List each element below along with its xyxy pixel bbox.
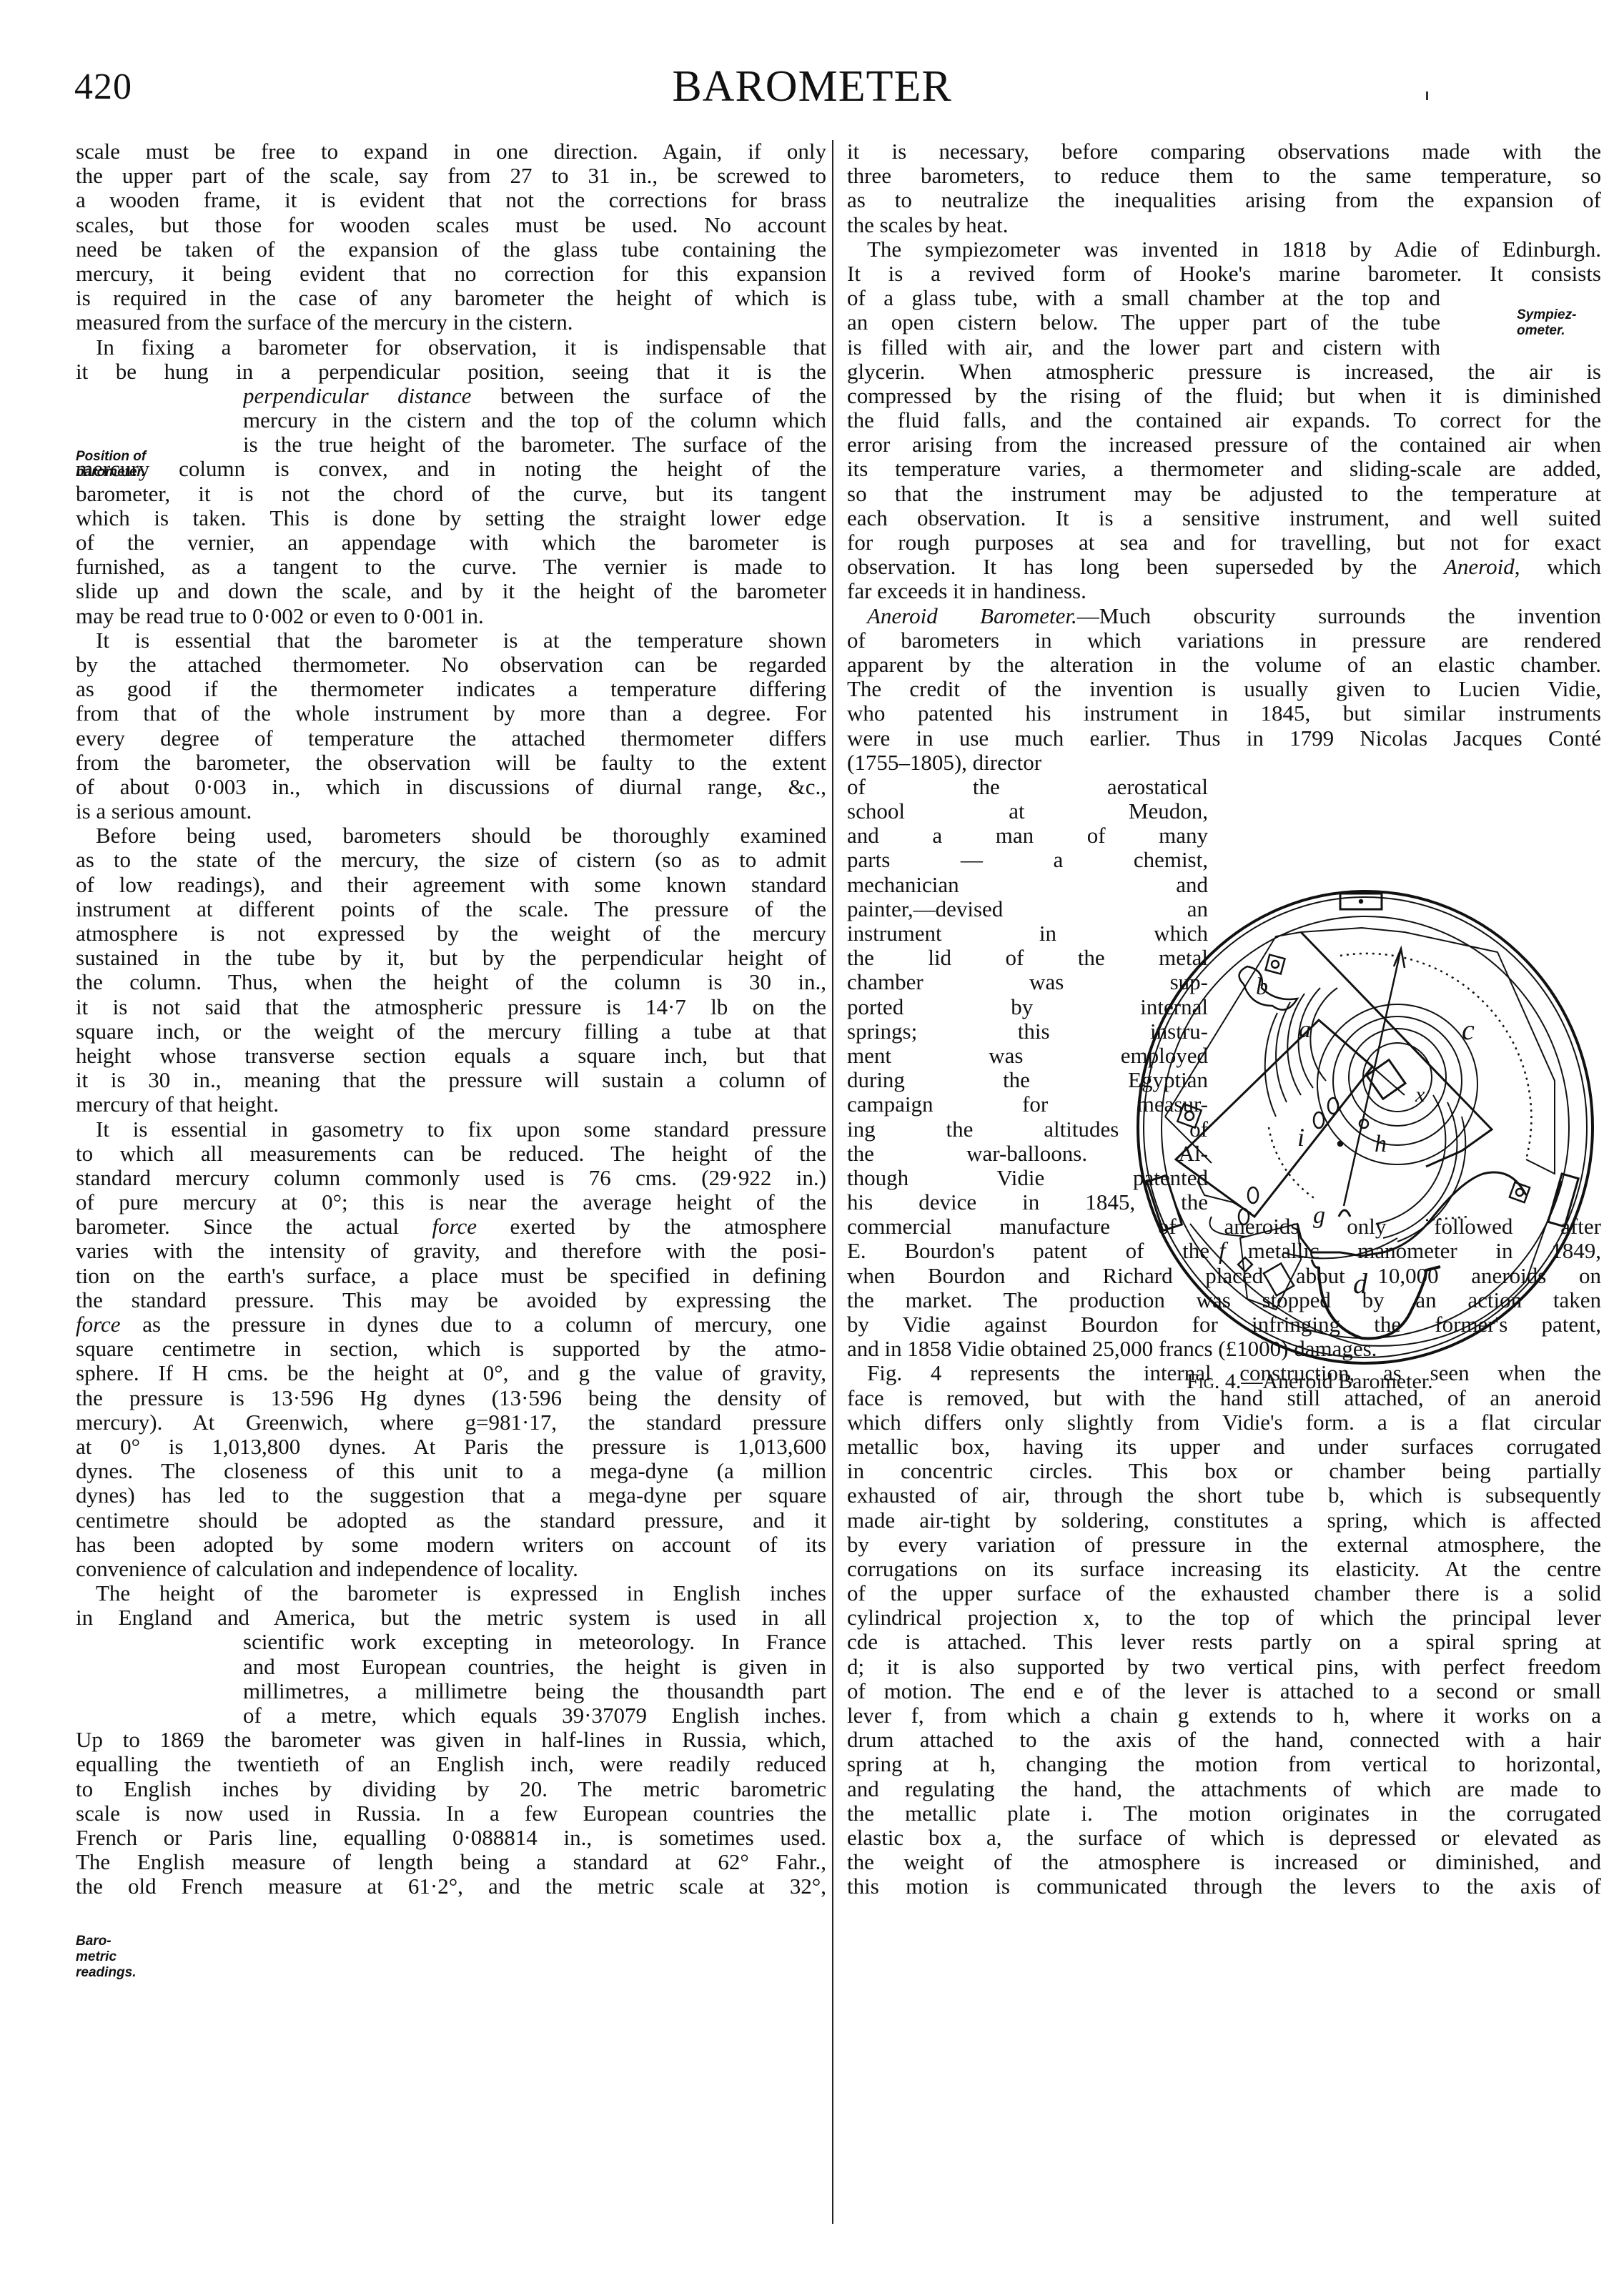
- text-line: need be taken of the expansion of the gl…: [76, 237, 826, 262]
- text-line: the scales by heat.: [847, 213, 1601, 237]
- text-line: as good if the thermometer indicates a t…: [76, 677, 826, 701]
- text-line: of the upper surface of the exhausted ch…: [847, 1581, 1601, 1605]
- text-line: It is a revived form of Hooke's marine b…: [847, 262, 1601, 286]
- text-line: at 0° is 1,013,800 dynes. At Paris the p…: [76, 1435, 826, 1459]
- text-line: may be read true to 0·002 or even to 0·0…: [76, 604, 826, 628]
- text-line: as to neutralize the inequalities arisin…: [847, 188, 1601, 212]
- text-line: slide up and down the scale, and by it t…: [76, 579, 826, 603]
- text-line: has been adopted by some modern writers …: [76, 1533, 826, 1557]
- text-line: It is essential that the barometer is at…: [76, 628, 826, 653]
- text-line: atmosphere is not expressed by the weigh…: [76, 921, 826, 946]
- text-line: tion on the earth's surface, a place mus…: [76, 1264, 826, 1288]
- text-line: mercury of that height.: [76, 1092, 826, 1117]
- text-line: the metallic plate i. The motion origina…: [847, 1801, 1601, 1826]
- text-line: square inch, or the weight of the mercur…: [76, 1019, 826, 1044]
- text-line: it be hung in a perpendicular position, …: [76, 360, 826, 384]
- figure-aneroid-barometer: a b c d f g h i x: [1126, 881, 1598, 1367]
- text-line: scales, but those for wooden scales must…: [76, 213, 826, 237]
- text-line: equalling the twentieth of an English in…: [76, 1752, 826, 1776]
- text-line: (1755–1805), director: [847, 751, 1208, 775]
- text-line: which differs only slightly from Vidie's…: [847, 1410, 1601, 1435]
- running-head: BAROMETER: [0, 61, 1624, 112]
- text-line: of about 0·003 in., which in discussions…: [76, 775, 826, 799]
- sidenote-line: Position of: [76, 449, 146, 465]
- text-line: varies with the intensity of gravity, an…: [76, 1239, 826, 1263]
- text-line: mercury). At Greenwich, where g=981·17, …: [76, 1410, 826, 1435]
- figure-label-x: x: [1415, 1083, 1425, 1107]
- text-line: mercury column is convex, and in noting …: [76, 457, 826, 481]
- text-line: instrument at different points of the sc…: [76, 897, 826, 921]
- text-line: Aneroid Barometer.—Much obscurity surrou…: [847, 604, 1601, 628]
- text-line: of low readings), and their agreement wi…: [76, 873, 826, 897]
- text-line: Up to 1869 the barometer was given in ha…: [76, 1728, 826, 1752]
- text-line: Before being used, barometers should be …: [76, 823, 826, 848]
- text-line: in concentric circles. This box or chamb…: [847, 1459, 1601, 1483]
- text-line: compressed by the rising of the fluid; b…: [847, 384, 1601, 408]
- sidenote-barometric-readings: Baro- metric readings.: [76, 1934, 136, 1981]
- text-line: made air-tight by soldering, constitutes…: [847, 1508, 1601, 1533]
- figure-label-b: b: [1256, 974, 1268, 1001]
- text-line: The English measure of length being a st…: [76, 1850, 826, 1874]
- sidenote-line: readings.: [76, 1965, 136, 1981]
- figure-caption-text: 4.—Aneroid Barometer.: [1225, 1370, 1433, 1393]
- text-line: each observation. It is a sensitive inst…: [847, 506, 1601, 530]
- text-line: metallic box, having its upper and under…: [847, 1435, 1601, 1459]
- sidenote-sympiezometer: Sympiez- ometer.: [1517, 307, 1576, 339]
- sidenote-line: Baro-: [76, 1934, 136, 1949]
- text-line: of the vernier, an appendage with which …: [76, 530, 826, 555]
- text-line: It is essential in gasometry to fix upon…: [76, 1117, 826, 1142]
- text-line: it is 30 in., meaning that the pressure …: [76, 1068, 826, 1092]
- text-line: as to the state of the mercury, the size…: [76, 848, 826, 872]
- text-line: this motion is communicated through the …: [847, 1874, 1601, 1899]
- text-line: is filled with air, and the lower part a…: [847, 335, 1440, 360]
- text-line: scientific work excepting in meteorology…: [243, 1630, 826, 1654]
- text-line: the standard pressure. This may be avoid…: [76, 1288, 826, 1312]
- text-line: the weight of the atmosphere is increase…: [847, 1850, 1601, 1874]
- sidenote-line: Sympiez-: [1517, 307, 1576, 323]
- text-line: who patented his instrument in 1845, but…: [847, 701, 1601, 726]
- text-line: the old French measure at 61·2°, and the…: [76, 1874, 826, 1899]
- text-line: an open cistern below. The upper part of…: [847, 310, 1440, 335]
- text-line: of a metre, which equals 39·37079 Englis…: [243, 1703, 826, 1728]
- text-line: The credit of the invention is usually g…: [847, 677, 1601, 701]
- text-line: d; it is also supported by two vertical …: [847, 1655, 1601, 1679]
- sidenote-line: barometer.: [76, 465, 146, 480]
- text-line: of pure mercury at 0°; this is near the …: [76, 1190, 826, 1214]
- sidenote-line: metric: [76, 1949, 136, 1965]
- text-line: The height of the barometer is expressed…: [76, 1581, 826, 1605]
- text-line: in England and America, but the metric s…: [76, 1605, 826, 1630]
- text-line: of the aerostatical: [847, 775, 1208, 799]
- text-line: drum attached to the axis of the hand, c…: [847, 1728, 1601, 1752]
- figure-label-a: a: [1299, 1016, 1311, 1044]
- text-line: barometer. Since the actual force exerte…: [76, 1214, 826, 1239]
- figure-label-d: d: [1353, 1267, 1367, 1300]
- text-line: of a glass tube, with a small chamber at…: [847, 286, 1440, 310]
- text-line: a wooden frame, it is evident that not t…: [76, 188, 826, 212]
- text-line: furnished, as a tangent to the curve. Th…: [76, 555, 826, 579]
- text-line: it is not said that the atmospheric pres…: [76, 995, 826, 1019]
- text-line: error arising from the increased pressur…: [847, 432, 1601, 457]
- text-line: standard mercury column commonly used is…: [76, 1166, 826, 1190]
- text-line: dynes. The closeness of this unit to a m…: [76, 1459, 826, 1483]
- text-line: barometer, it is not the chord of the cu…: [76, 482, 826, 506]
- text-line: French or Paris line, equalling 0·088814…: [76, 1826, 826, 1850]
- figure-label-i: i: [1297, 1122, 1304, 1152]
- text-line: and regulating the hand, the attachments…: [847, 1777, 1601, 1801]
- text-line: scale must be free to expand in one dire…: [76, 139, 826, 164]
- figure-caption: Fig. 4.—Aneroid Barometer.: [1187, 1370, 1433, 1394]
- text-line: mercury, it being evident that no correc…: [76, 262, 826, 286]
- text-line: is required in the case of any barometer…: [76, 286, 826, 310]
- text-line: the fluid falls, and the contained air e…: [847, 408, 1601, 432]
- text-line: it is necessary, before comparing observ…: [847, 139, 1601, 164]
- text-line: sustained in the tube by it, but by the …: [76, 946, 826, 970]
- text-line: cylindrical projection x, to the top of …: [847, 1605, 1601, 1630]
- text-line: for rough purposes at sea and for travel…: [847, 530, 1601, 555]
- text-line: were in use much earlier. Thus in 1799 N…: [847, 726, 1601, 751]
- figure-caption-label: Fig.: [1187, 1370, 1219, 1393]
- figure-label-f: f: [1219, 1238, 1225, 1265]
- text-line: lever f, from which a chain g extends to…: [847, 1703, 1601, 1728]
- text-line: sphere. If H cms. be the height at 0°, a…: [76, 1361, 826, 1385]
- text-line: and most European countries, the height …: [243, 1655, 826, 1679]
- text-line: perpendicular distance between the surfa…: [243, 384, 826, 408]
- text-line: by the attached thermometer. No observat…: [76, 653, 826, 677]
- text-line: mercury in the cistern and the top of th…: [243, 408, 826, 432]
- text-line: centimetre should be adopted as the stan…: [76, 1508, 826, 1533]
- text-line: elastic box a, the surface of which is d…: [847, 1826, 1601, 1850]
- text-line: so that the instrument may be adjusted t…: [847, 482, 1601, 506]
- stray-mark: [1426, 91, 1428, 100]
- figure-label-h: h: [1375, 1131, 1387, 1158]
- figure-label-c: c: [1462, 1013, 1475, 1047]
- text-line: the upper part of the scale, say from 27…: [76, 164, 826, 188]
- text-line: to English inches by dividing by 20. The…: [76, 1777, 826, 1801]
- text-line: observation. It has long been superseded…: [847, 555, 1601, 579]
- text-line: convenience of calculation and independe…: [76, 1557, 826, 1581]
- text-line: from that of the whole instrument by mor…: [76, 701, 826, 726]
- text-line: the pressure is 13·596 Hg dynes (13·596 …: [76, 1386, 826, 1410]
- text-line: school at Meudon,: [847, 799, 1208, 823]
- text-line: from the barometer, the observation will…: [76, 751, 826, 775]
- sidenote-position-of-barometer: Position of barometer.: [76, 449, 146, 480]
- column-divider: [832, 140, 833, 2224]
- text-line: and a man of many: [847, 823, 1208, 848]
- text-line: exhausted of air, through the short tube…: [847, 1483, 1601, 1508]
- text-line: the column. Thus, when the height of the…: [76, 970, 826, 994]
- text-line: parts — a chemist,: [847, 848, 1208, 872]
- text-line: scale is now used in Russia. In a few Eu…: [76, 1801, 826, 1826]
- text-line: dynes) has led to the suggestion that a …: [76, 1483, 826, 1508]
- text-line: apparent by the alteration in the volume…: [847, 653, 1601, 677]
- text-line: by every variation of pressure in the ex…: [847, 1533, 1601, 1557]
- text-line: corrugations on its surface increasing i…: [847, 1557, 1601, 1581]
- text-line: glycerin. When atmospheric pressure is i…: [847, 360, 1601, 384]
- text-line: is a serious amount.: [76, 799, 826, 823]
- text-line: square centimetre in section, which is s…: [76, 1337, 826, 1361]
- text-line: cde is attached. This lever rests partly…: [847, 1630, 1601, 1654]
- text-line: its temperature varies, a thermometer an…: [847, 457, 1601, 481]
- text-line: In fixing a barometer for observation, i…: [76, 335, 826, 360]
- sidenote-line: ometer.: [1517, 323, 1576, 339]
- text-line: The sympiezometer was invented in 1818 b…: [847, 237, 1601, 262]
- text-line: which is taken. This is done by setting …: [76, 506, 826, 530]
- text-line: spring at h, changing the motion from ve…: [847, 1752, 1601, 1776]
- text-line: force as the pressure in dynes due to a …: [76, 1312, 826, 1337]
- text-line: three barometers, to reduce them to the …: [847, 164, 1601, 188]
- text-line: to which all measurements can be reduced…: [76, 1142, 826, 1166]
- text-line: far exceeds it in handiness.: [847, 579, 1601, 603]
- text-line: of barometers in which variations in pre…: [847, 628, 1601, 653]
- text-line: millimetres, a millimetre being the thou…: [243, 1679, 826, 1703]
- text-line: is the true height of the barometer. The…: [243, 432, 826, 457]
- figure-label-g: g: [1313, 1202, 1325, 1229]
- text-line: measured from the surface of the mercury…: [76, 310, 826, 335]
- text-line: of motion. The end e of the lever is att…: [847, 1679, 1601, 1703]
- text-line: height whose transverse section equals a…: [76, 1044, 826, 1068]
- text-line: every degree of temperature the attached…: [76, 726, 826, 751]
- left-column: scale must be free to expand in one dire…: [76, 139, 826, 1899]
